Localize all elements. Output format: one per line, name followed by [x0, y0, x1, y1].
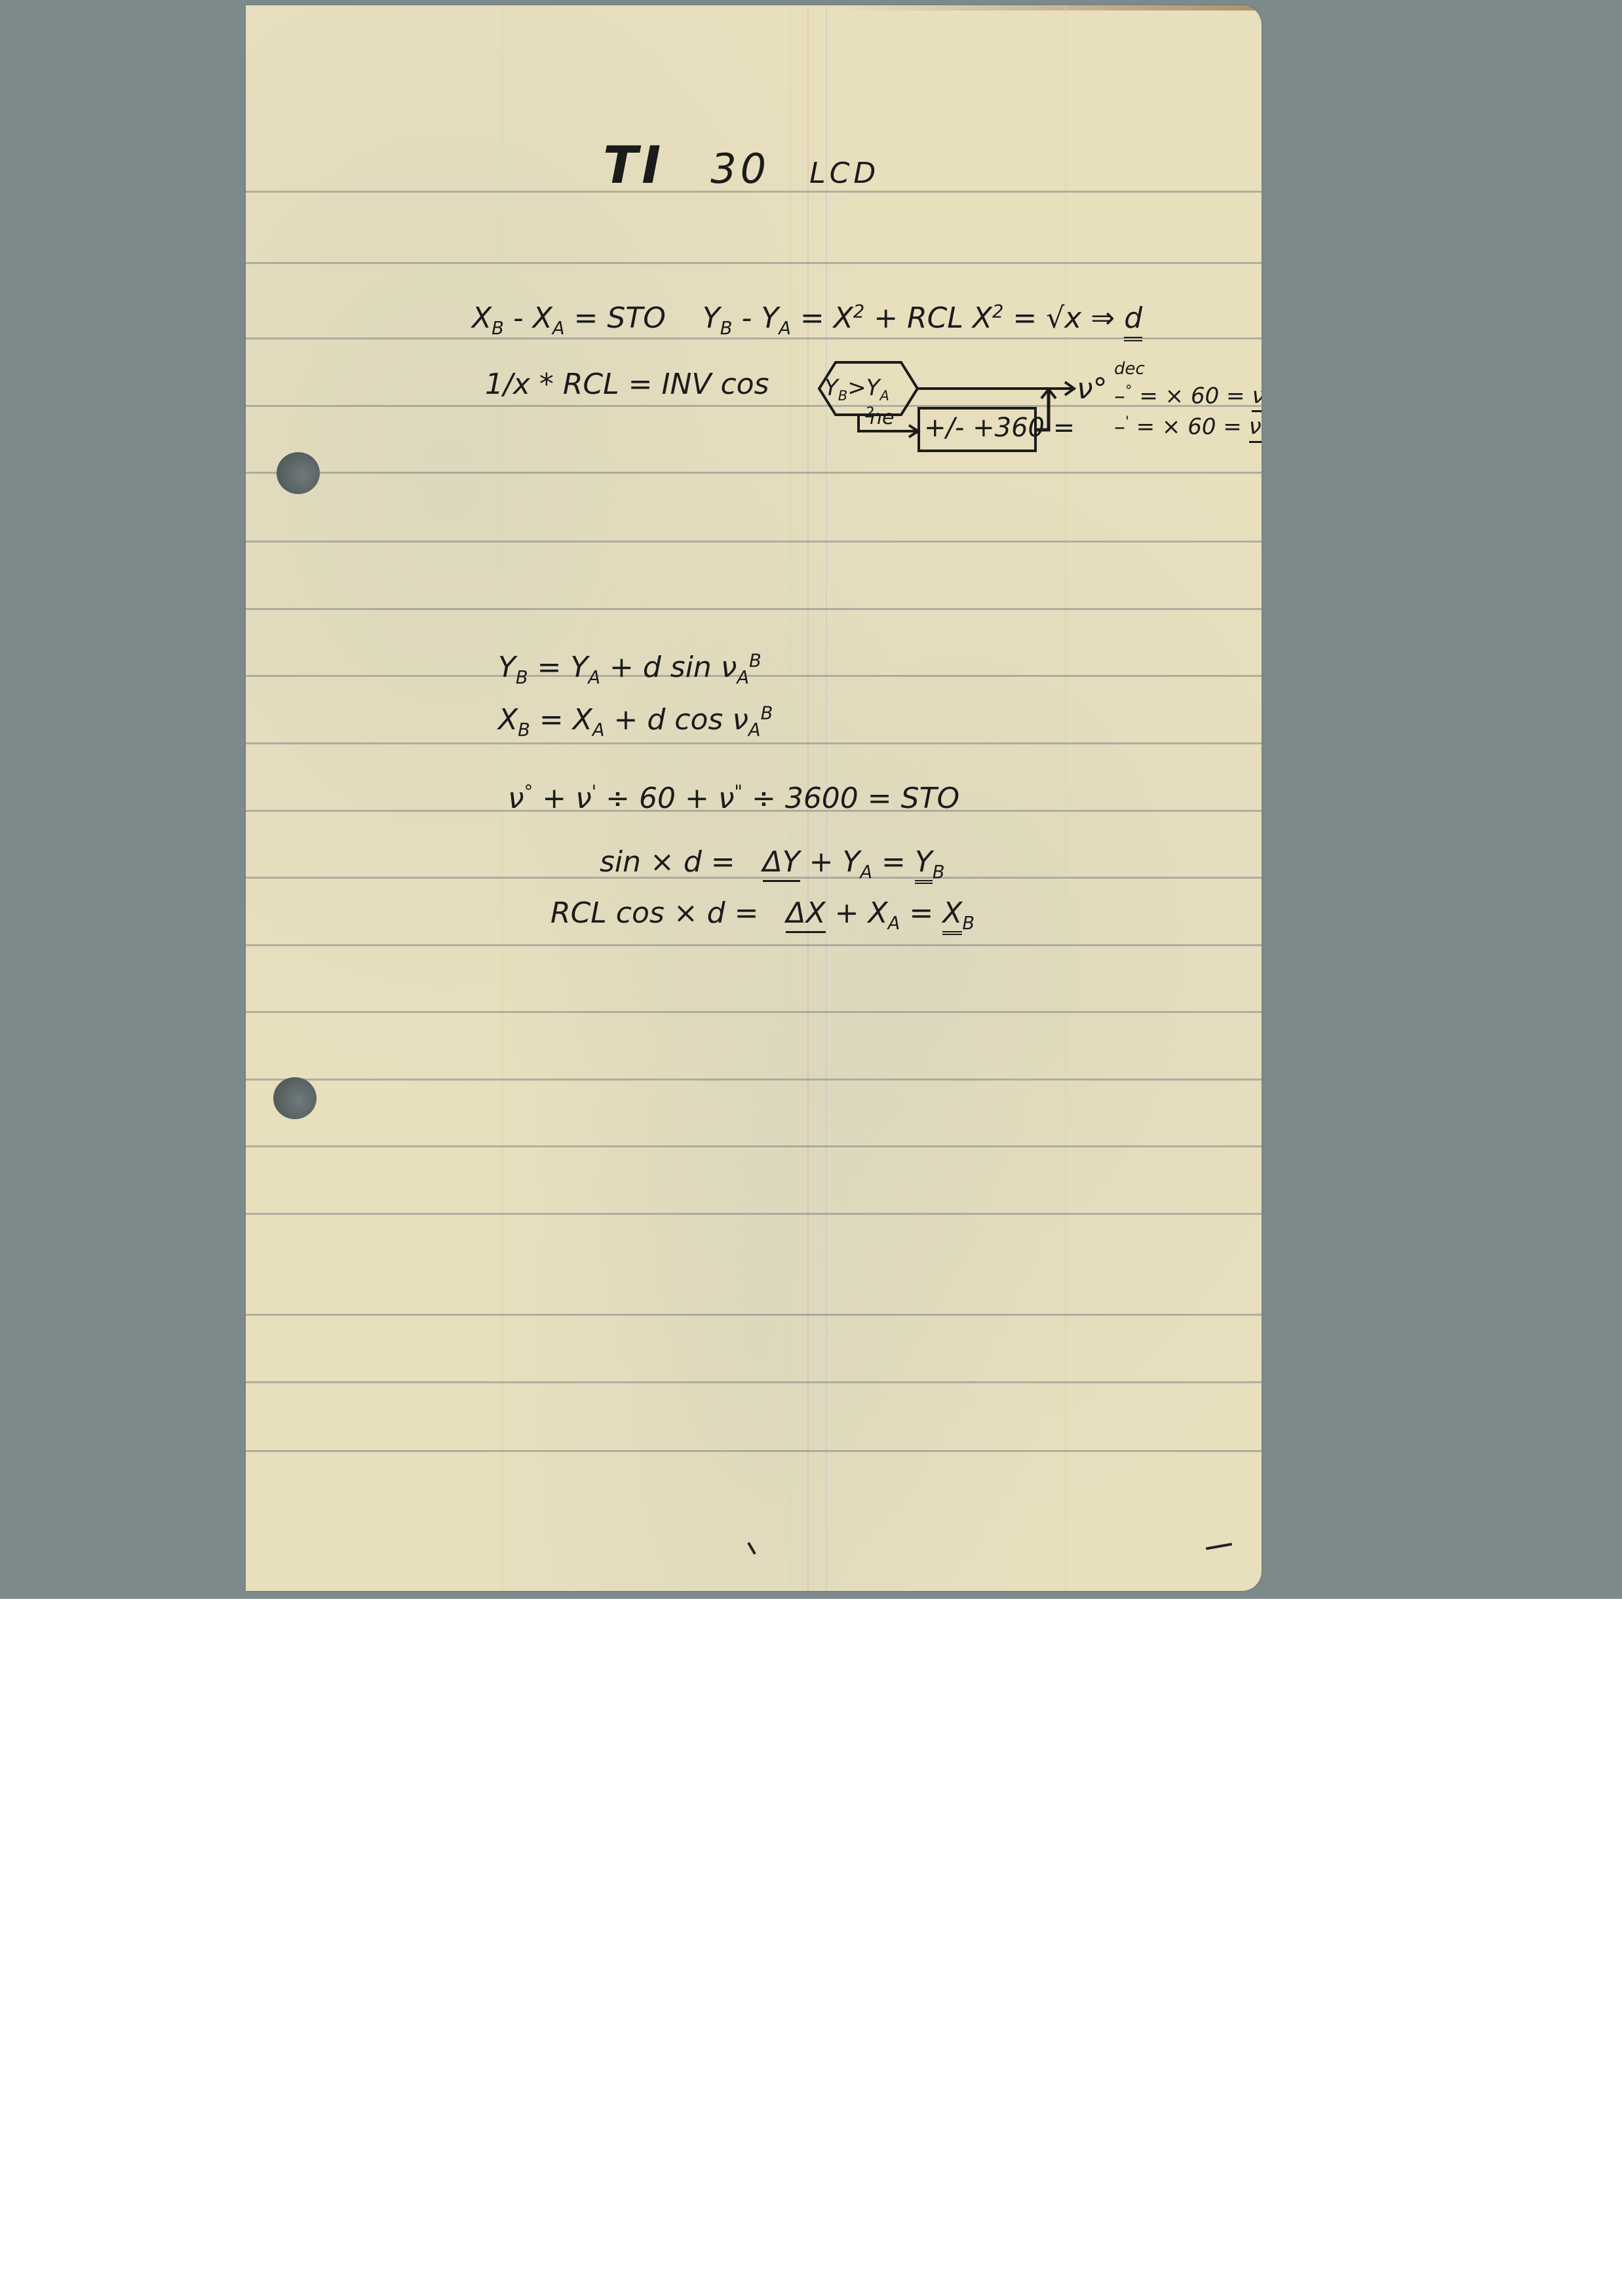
- times-60: = × 60 =: [1136, 413, 1242, 440]
- div-60-plus-nu: ÷ 60 + ν: [606, 782, 734, 815]
- result-nu: ν: [1249, 413, 1262, 443]
- eq-y: = Y: [537, 651, 589, 684]
- degree-mark: °: [524, 782, 533, 802]
- sub-a: A: [588, 668, 600, 688]
- sub-a: A: [888, 913, 900, 934]
- sub-b: B: [516, 668, 528, 688]
- equals: =: [881, 845, 906, 879]
- dash: –: [1114, 383, 1125, 409]
- box-label: +/- +360 =: [924, 413, 1075, 443]
- result-x: X: [942, 896, 962, 935]
- sub-a: A: [860, 862, 872, 883]
- dash: –: [1114, 413, 1125, 440]
- delta-x: ΔX: [786, 896, 825, 933]
- plus-y: + Y: [809, 845, 860, 879]
- sin-times-d: sin × d =: [600, 845, 735, 879]
- sub-b: B: [962, 913, 975, 934]
- delta-y: ΔY: [763, 845, 800, 882]
- var-y: Y: [866, 375, 880, 401]
- formula-delta-y: sin × d = ΔY + YA = YB: [600, 845, 945, 883]
- result-nu: ν: [1252, 383, 1262, 412]
- sub-a: A: [880, 387, 889, 404]
- second-mark: ": [734, 782, 743, 802]
- degree-mark: °: [1125, 382, 1132, 398]
- times-60: = × 60 =: [1139, 383, 1245, 409]
- sup-b: B: [761, 703, 773, 723]
- sub-a: A: [748, 720, 761, 740]
- plus-nu: + ν: [542, 782, 591, 815]
- var-x: X: [498, 703, 518, 737]
- branch-no-label: ne: [870, 406, 894, 429]
- nu: ν: [508, 782, 524, 815]
- plus-x: + X: [835, 896, 888, 930]
- sub-b: B: [933, 862, 945, 883]
- result-y: Y: [915, 845, 933, 884]
- op-gt: >: [847, 375, 866, 401]
- sub-b: B: [838, 387, 847, 404]
- formula-delta-x: RCL cos × d = ΔX + XA = XB: [550, 896, 975, 934]
- minute-mark: ': [1125, 413, 1129, 429]
- notebook-page: TI30LCD XB - XA = STO YB - YA = X2 + RCL…: [246, 5, 1262, 1591]
- plus-d-cos-nu: + d cos ν: [614, 703, 748, 737]
- minute-mark: ': [592, 782, 597, 802]
- div-3600-sto: ÷ 3600 = STO: [752, 782, 959, 815]
- var-y: Y: [824, 375, 838, 401]
- sup-b: B: [749, 651, 762, 671]
- side-note-minutes: –° = × 60 = ν': [1114, 382, 1262, 409]
- formula-xb: XB = XA + d cos νAB: [498, 703, 773, 740]
- formula-yb: YB = YA + d sin νAB: [498, 651, 762, 688]
- rcl-cos-times-d: RCL cos × d =: [550, 896, 758, 930]
- eq-x: = X: [539, 703, 592, 737]
- plus-d-sin-nu: + d sin ν: [609, 651, 737, 684]
- var-y: Y: [498, 651, 516, 684]
- sub-a: A: [737, 668, 749, 688]
- formula-dms-to-dec: ν° + ν' ÷ 60 + ν" ÷ 3600 = STO: [508, 782, 959, 815]
- sub-a: A: [592, 720, 605, 740]
- equals: =: [909, 896, 933, 930]
- dec-note: dec: [1114, 359, 1145, 379]
- side-note-seconds: –' = × 60 = ν": [1114, 413, 1262, 440]
- hex-condition: YB>YA: [824, 375, 889, 404]
- result-nu-degree: ν°: [1077, 372, 1108, 406]
- sub-b: B: [518, 720, 530, 740]
